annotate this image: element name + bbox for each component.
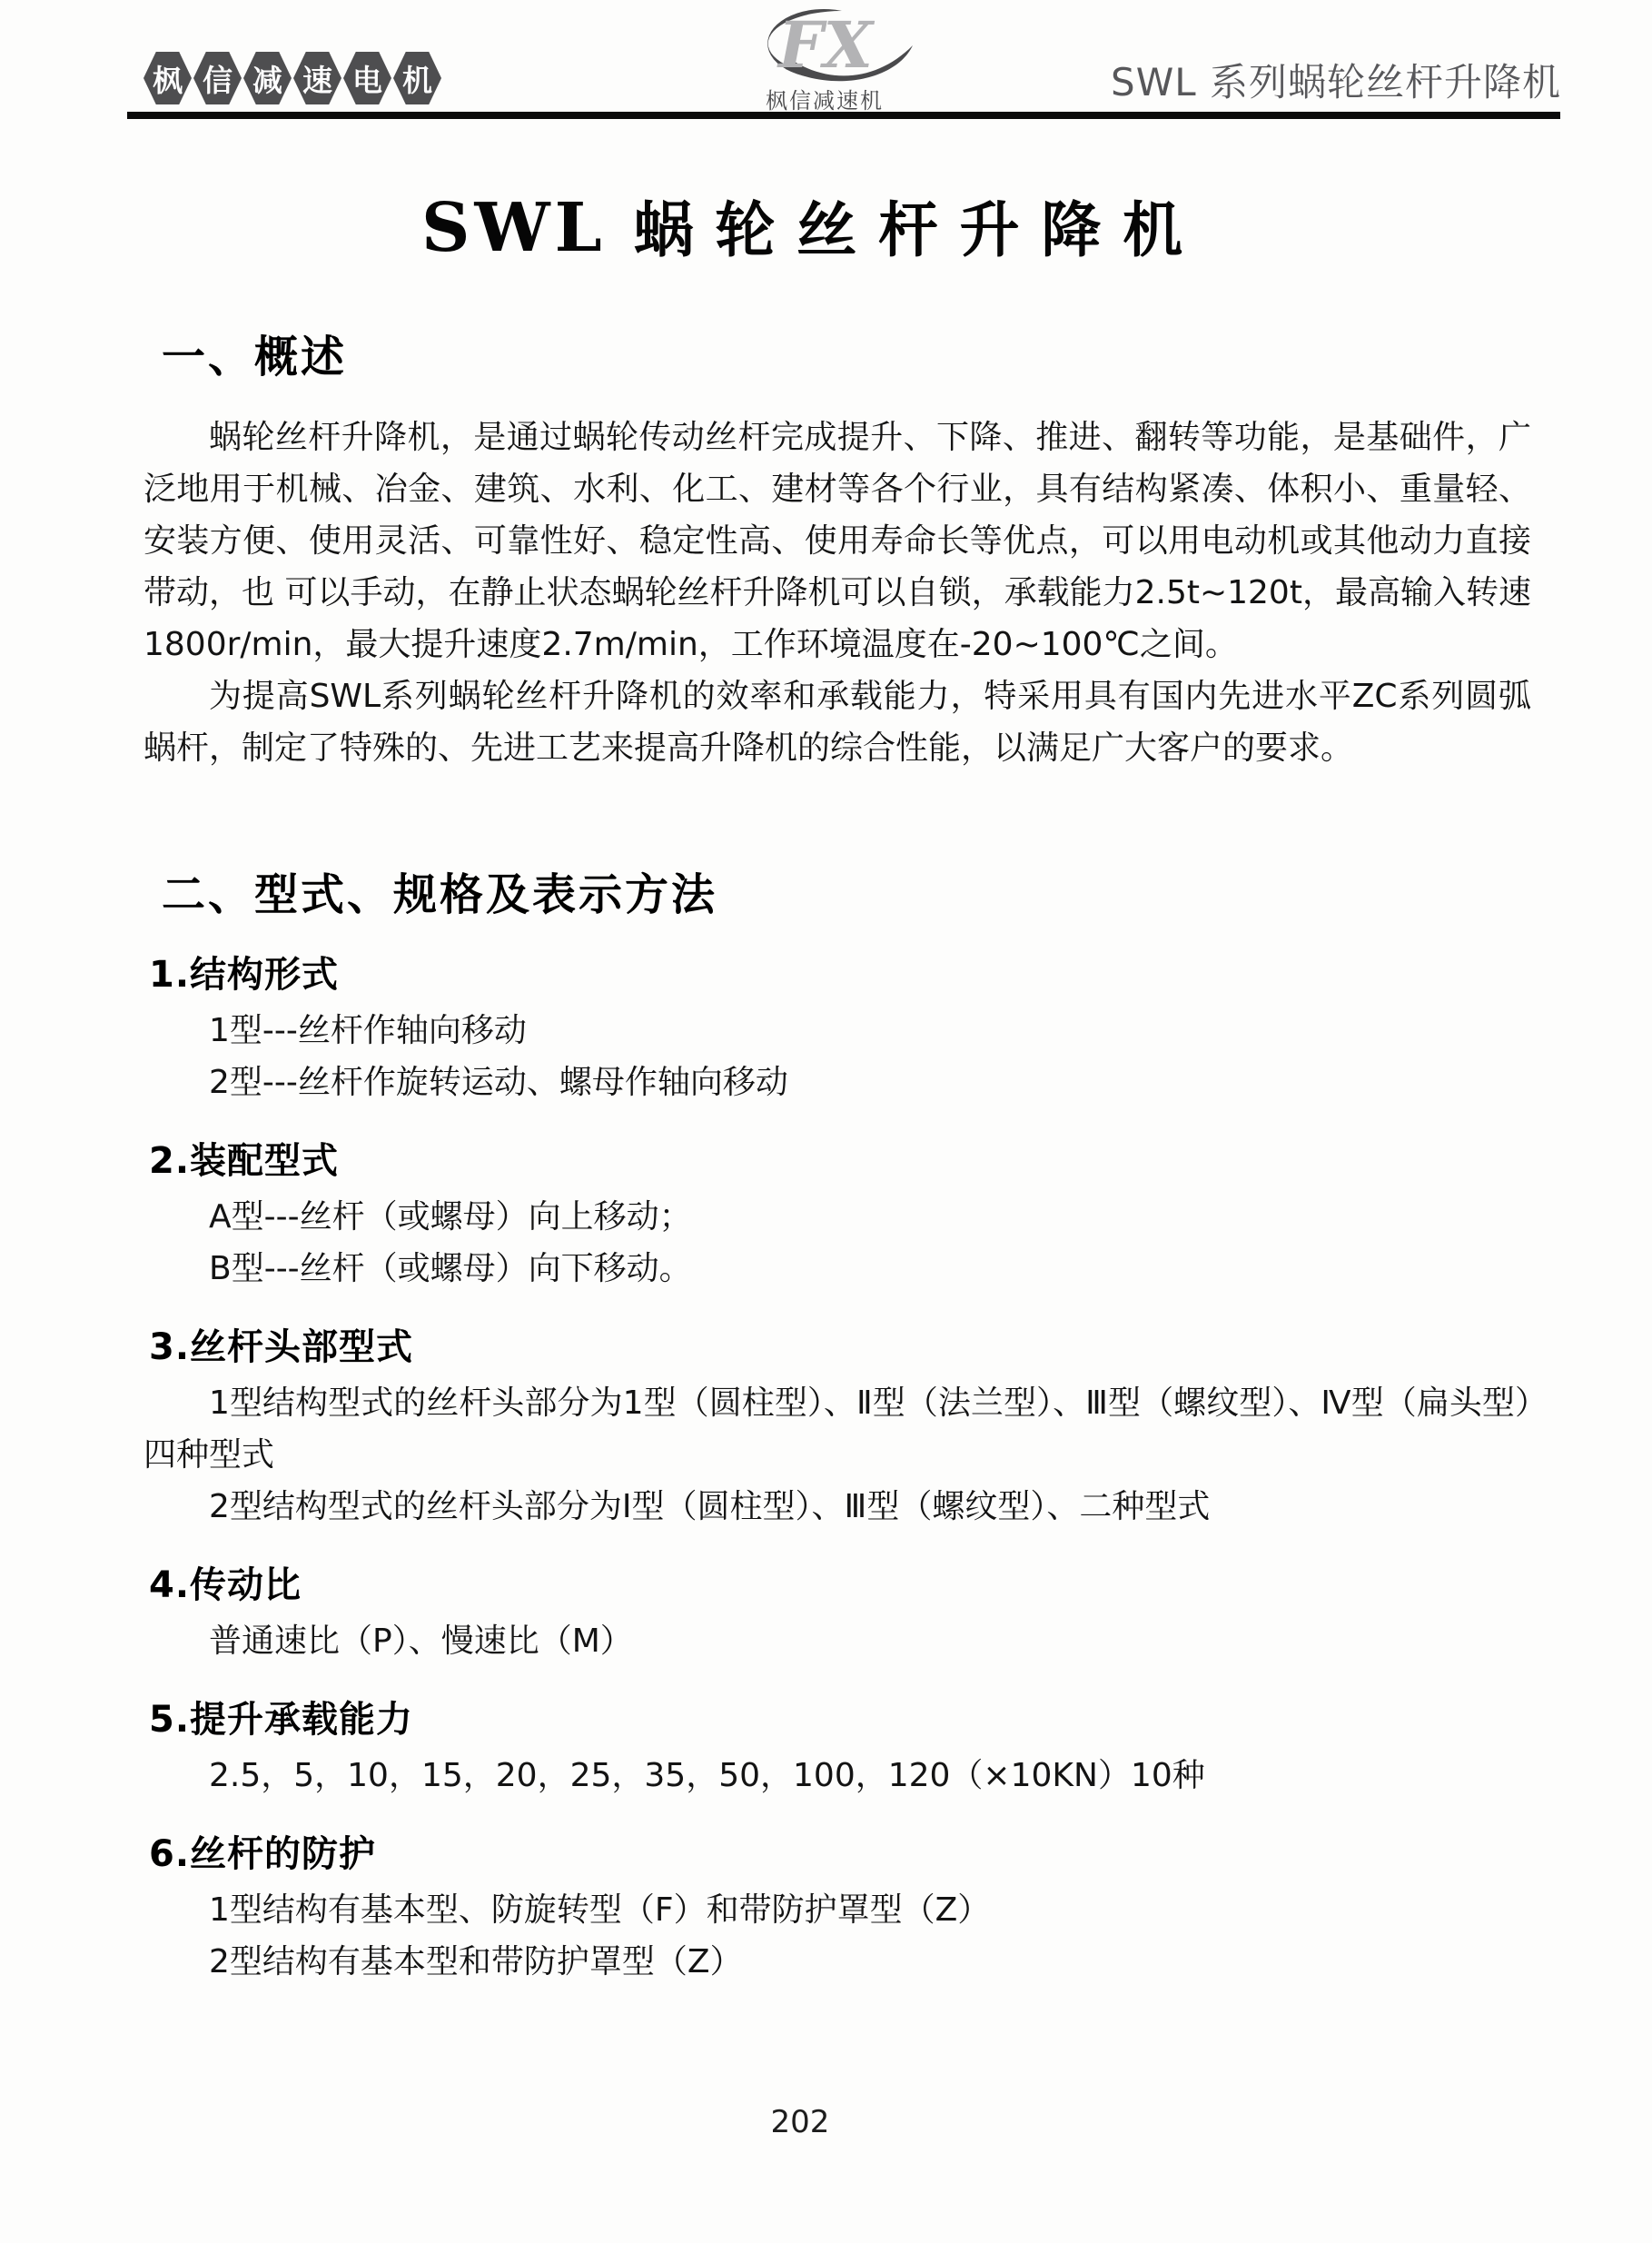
overview-paragraph: 蜗轮丝杆升降机，是通过蜗轮传动丝杆完成提升、下降、推进、翻转等功能，是基础件，广…	[143, 412, 1531, 670]
list-item: 2型---丝杆作旋转运动、螺母作轴向移动	[143, 1057, 1531, 1108]
document-body: 一、概述 蜗轮丝杆升降机，是通过蜗轮传动丝杆完成提升、下降、推进、翻转等功能，是…	[143, 322, 1531, 1988]
subsection-label-screw-head: 3.丝杆头部型式	[149, 1318, 1531, 1370]
header-series-title: SWL 系列蜗轮丝杆升降机	[1111, 53, 1561, 107]
hex-badge: 信	[193, 52, 242, 104]
section-heading-overview: 一、概述	[162, 322, 1531, 384]
list-item: 2.5，5，10，15，20，25，35，50，100，120（×10KN）10…	[143, 1750, 1531, 1801]
hex-badge: 速	[293, 52, 341, 104]
hex-badge: 机	[393, 52, 441, 104]
fx-logo-icon: FX	[731, 7, 918, 82]
page-number: 202	[0, 2104, 1600, 2140]
hex-badge: 减	[243, 52, 292, 104]
header-divider	[127, 112, 1560, 119]
list-item: 普通速比（P）、慢速比（M）	[143, 1615, 1531, 1667]
list-item: 1型结构型式的丝杆头部分为1型（圆柱型）、Ⅱ型（法兰型）、Ⅲ型（螺纹型）、Ⅳ型（…	[143, 1377, 1531, 1481]
subsection-label-capacity: 5.提升承载能力	[149, 1691, 1531, 1742]
list-item: 1型---丝杆作轴向移动	[143, 1005, 1531, 1057]
overview-paragraph: 为提高SWL系列蜗轮丝杆升降机的效率和承载能力，特采用具有国内先进水平ZC系列圆…	[143, 670, 1531, 774]
subsection-label-protection: 6.丝杆的防护	[149, 1825, 1531, 1877]
list-item: 2型结构有基本型和带防护罩型（Z）	[143, 1936, 1531, 1988]
fx-logo: FX 枫信减速机	[728, 7, 921, 114]
subsection-label-assembly: 2.装配型式	[149, 1132, 1531, 1184]
logo-caption: 枫信减速机	[728, 83, 921, 114]
subsection-label-structure: 1.结构形式	[149, 946, 1531, 997]
list-item: B型---丝杆（或螺母）向下移动。	[143, 1243, 1531, 1295]
brand-hexagon-badges: 枫 信 减 速 电 机	[143, 52, 441, 104]
page-title-latin: SWL	[421, 189, 607, 267]
list-item: A型---丝杆（或螺母）向上移动；	[143, 1191, 1531, 1243]
list-item: 2型结构型式的丝杆头部分为Ⅰ型（圆柱型）、Ⅲ型（螺纹型）、二种型式	[143, 1481, 1531, 1533]
section-heading-types: 二、型式、规格及表示方法	[162, 859, 1531, 922]
page-title-cjk: 蜗轮丝杆升降机	[634, 194, 1204, 265]
svg-text:FX: FX	[777, 7, 875, 82]
hex-badge: 枫	[143, 52, 192, 104]
catalog-page: 枫 信 减 速 电 机 FX 枫信减速机 SWL 系列蜗轮丝杆升降机 SWL蜗轮…	[0, 0, 1652, 2243]
list-item: 1型结构有基本型、防旋转型（F）和带防护罩型（Z）	[143, 1884, 1531, 1936]
subsection-label-ratio: 4.传动比	[149, 1556, 1531, 1608]
hex-badge: 电	[343, 52, 391, 104]
page-title: SWL蜗轮丝杆升降机	[0, 182, 1626, 268]
